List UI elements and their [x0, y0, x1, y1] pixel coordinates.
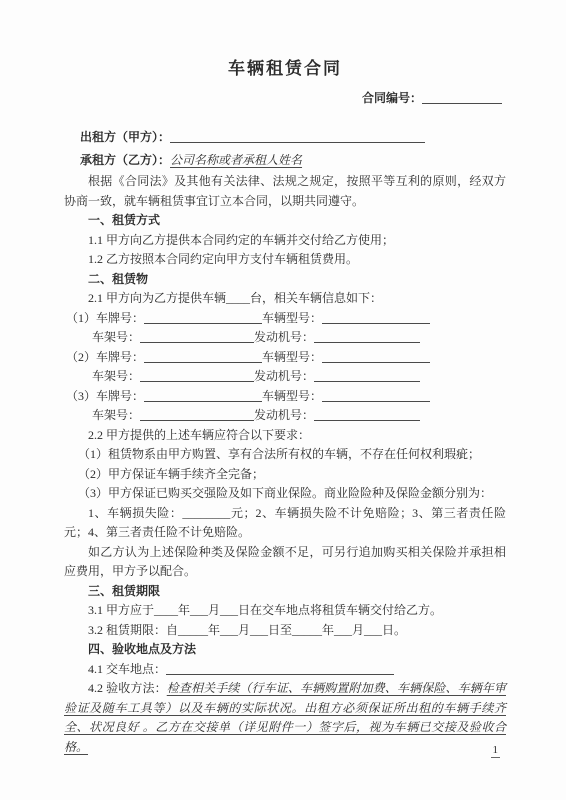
requirement-3: （3）甲方保证已购买交强险及如下商业保险。商业险险种及保险金额分别为： [78, 484, 506, 504]
item-3-2: 3.2 租赁期限：自_____年___月___日至_____年___月___日。 [88, 621, 506, 641]
frame-label: 车架号： [92, 408, 140, 422]
model-blank-line [322, 389, 430, 402]
section-3-heading: 三、租赁期限 [88, 582, 506, 602]
plate-label: 车牌号： [96, 389, 144, 403]
frame-blank-line [140, 408, 254, 421]
item-2-1: 2.1 甲方向为乙方提供车辆____台，相关车辆信息如下： [88, 289, 506, 309]
lessor-row: 出租方（甲方）： [80, 126, 506, 149]
plate-label: 车牌号： [96, 350, 144, 364]
vehicle-3-frame-row: 车架号：发动机号： [92, 406, 506, 426]
requirement-2: （2）甲方保证车辆手续齐全完备； [78, 465, 506, 485]
lessor-label: 出租方（甲方）： [80, 130, 170, 144]
vehicle-2-index: （2） [66, 350, 96, 364]
engine-blank-line [314, 369, 420, 382]
plate-blank-line [144, 311, 262, 324]
page-number: 1 [491, 744, 501, 758]
insurance-items-paragraph: 1、车辆损失险：________元；2、车辆损失险不计免赔险；3、第三者责任险元… [64, 504, 506, 543]
item-4-1-row: 4.1 交车地点： [88, 660, 506, 680]
section-4-heading: 四、验收地点及方法 [88, 640, 506, 660]
frame-blank-line [140, 330, 254, 343]
lessor-blank-line [170, 130, 425, 143]
engine-blank-line [314, 408, 420, 421]
item-3-1: 3.1 甲方应于____年___月___日在交车地点将租赁车辆交付给乙方。 [88, 601, 506, 621]
model-blank-line [322, 350, 430, 363]
contract-number-blank-line [422, 91, 502, 104]
insurance-note-paragraph: 如乙方认为上述保险种类及保险金额不足，可另行追加购买相关保险并承担相应费用，甲方… [64, 543, 506, 582]
contract-document-page: 车辆租赁合同 合同编号： 出租方（甲方）： 承租方（乙方）：公司名称或者承租人姓… [0, 0, 566, 800]
lessee-label: 承租方（乙方）： [80, 153, 170, 167]
plate-label: 车牌号： [96, 311, 144, 325]
frame-label: 车架号： [92, 330, 140, 344]
engine-blank-line [314, 330, 420, 343]
frame-label: 车架号： [92, 369, 140, 383]
model-label: 车辆型号： [262, 389, 322, 403]
frame-blank-line [140, 369, 254, 382]
engine-label: 发动机号： [254, 408, 314, 422]
vehicle-1-plate-row: （1）车牌号：车辆型号： [66, 309, 506, 329]
requirement-1: （1）租赁物系由甲方购置、享有合法所有权的车辆，不存在任何权利瑕疵； [78, 445, 506, 465]
section-2-heading: 二、租赁物 [88, 270, 506, 290]
vehicle-3-index: （3） [66, 389, 96, 403]
plate-blank-line [144, 389, 262, 402]
contract-number-label: 合同编号： [362, 91, 422, 105]
lessee-row: 承租方（乙方）：公司名称或者承租人姓名 [80, 149, 506, 172]
engine-label: 发动机号： [254, 330, 314, 344]
section-1-heading: 一、租赁方式 [88, 211, 506, 231]
contract-number-row: 合同编号： [64, 89, 502, 106]
item-1-2: 1.2 乙方按照本合同约定向甲方支付车辆租赁费用。 [88, 250, 506, 270]
lessee-filled-value: 公司名称或者承租人姓名 [170, 153, 302, 167]
acceptance-method-label: 4.2 验收方法： [88, 681, 167, 695]
plate-blank-line [144, 350, 262, 363]
document-title: 车辆租赁合同 [64, 54, 506, 79]
delivery-place-label: 4.1 交车地点： [88, 662, 166, 676]
vehicle-2-frame-row: 车架号：发动机号： [92, 367, 506, 387]
vehicle-3-plate-row: （3）车牌号：车辆型号： [66, 387, 506, 407]
item-1-1: 1.1 甲方向乙方提供本合同约定的车辆并交付给乙方使用； [88, 231, 506, 251]
item-2-2: 2.2 甲方提供的上述车辆应符合以下要求： [88, 426, 506, 446]
vehicle-2-plate-row: （2）车牌号：车辆型号： [66, 348, 506, 368]
item-4-2-paragraph: 4.2 验收方法：检查相关手续（行车证、车辆购置附加费、车辆保险、车辆年审验证及… [64, 679, 506, 757]
preamble-paragraph: 根据《合同法》及其他有关法律、法规之规定，按照平等互利的原则，经双方协商一致，就… [64, 172, 506, 211]
engine-label: 发动机号： [254, 369, 314, 383]
parties-block: 出租方（甲方）： 承租方（乙方）：公司名称或者承租人姓名 [64, 126, 506, 172]
model-label: 车辆型号： [262, 350, 322, 364]
model-blank-line [322, 311, 430, 324]
vehicle-1-index: （1） [66, 311, 96, 325]
model-label: 车辆型号： [262, 311, 322, 325]
delivery-place-blank-line [166, 662, 394, 675]
vehicle-1-frame-row: 车架号：发动机号： [92, 328, 506, 348]
